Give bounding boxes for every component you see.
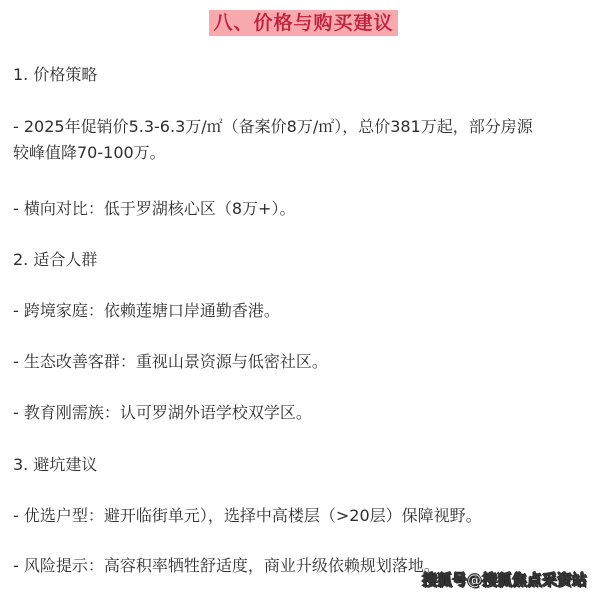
list-item-line: - 2025年促销价5.3-6.3万/㎡（备案价8万/㎡），总价381万起，部分… (13, 114, 533, 140)
list-item-comparison: - 横向对比：低于罗湖核心区（8万+）。 (13, 196, 295, 222)
section-title-wrap: 八、价格与购买建议 (0, 10, 607, 36)
list-item-risk: - 风险提示：高容积率牺牲舒适度，商业升级依赖规划落地。 (13, 553, 440, 579)
watermark: 搜狐号@搜狐焦点采资站 (422, 569, 587, 590)
list-item-cross-border: - 跨境家庭：依赖莲塘口岸通勤香港。 (13, 298, 280, 324)
heading-target-groups: 2. 适合人群 (13, 247, 97, 273)
list-item-unit-choice: - 优选户型：避开临街单元），选择中高楼层（>20层）保障视野。 (13, 503, 482, 529)
list-item: - 风险提示：高容积率牺牲舒适度，商业升级依赖规划落地。 (13, 553, 440, 579)
list-item: - 优选户型：避开临街单元），选择中高楼层（>20层）保障视野。 (13, 503, 482, 529)
list-item-education: - 教育刚需族：认可罗湖外语学校双学区。 (13, 400, 312, 426)
section-heading: 2. 适合人群 (13, 247, 97, 273)
list-item: - 横向对比：低于罗湖核心区（8万+）。 (13, 196, 295, 222)
price-detail-paragraph: - 2025年促销价5.3-6.3万/㎡（备案价8万/㎡），总价381万起，部分… (13, 114, 533, 166)
list-item: - 生态改善客群：重视山景资源与低密社区。 (13, 349, 328, 375)
heading-pitfall-advice: 3. 避坑建议 (13, 452, 97, 478)
list-item-eco: - 生态改善客群：重视山景资源与低密社区。 (13, 349, 328, 375)
section-title: 八、价格与购买建议 (209, 10, 397, 36)
section-heading: 3. 避坑建议 (13, 452, 97, 478)
list-item-line: 较峰值降70-100万。 (13, 140, 533, 166)
list-item: - 跨境家庭：依赖莲塘口岸通勤香港。 (13, 298, 280, 324)
heading-price-strategy: 1. 价格策略 (13, 62, 97, 88)
section-heading: 1. 价格策略 (13, 62, 97, 88)
list-item: - 教育刚需族：认可罗湖外语学校双学区。 (13, 400, 312, 426)
